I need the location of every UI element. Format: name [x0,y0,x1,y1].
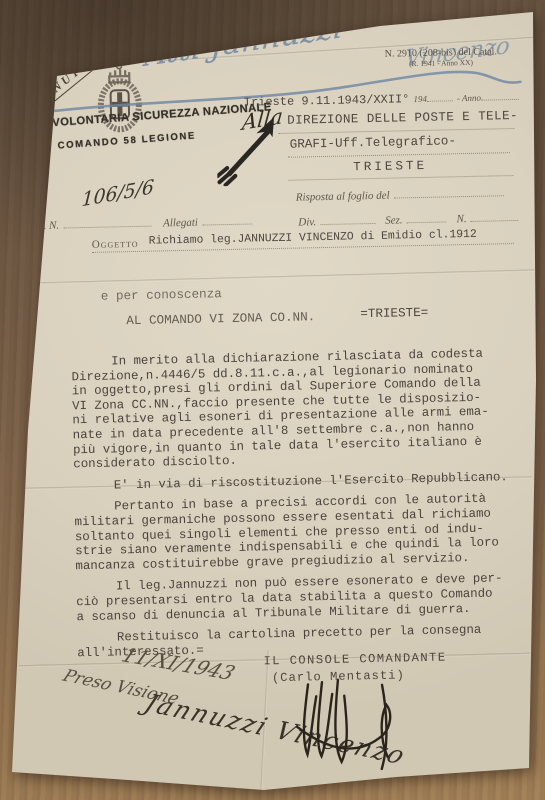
body-paragraph: In merito alla dichiarazione rilasciata … [71,346,518,472]
anno-rule [481,88,519,101]
recipient-line1: DIREZIONE DELLE POSTE E TELE- [287,109,518,128]
recipient-rule3 [288,174,513,181]
top-handwriting-name: Atti Jannuzzi [144,9,343,74]
sez-rule [406,210,446,223]
org-stamp-line2: COMANDO 58 LEGIONE [57,130,196,151]
sez-label: Sez. [385,214,403,226]
cc-line: AL COMANDO VI ZONA CO.NN. [126,310,315,328]
recipient-rule2 [288,151,510,158]
signature-name: (Carlo Mentasti) [272,668,405,685]
recipient-line3: TRIESTE [353,159,427,175]
div-rule [320,212,375,225]
year-rule [427,89,453,102]
prot-rule [63,215,151,229]
catalog-block: N. 2910 (208-bis) del Catal. (R. 1941 - … [371,46,511,69]
oggetto-label: Oggetto [92,238,139,251]
letter-paper: MINUTA Atti Jannuzzi Vincenzo N. 2910 (2… [0,0,545,800]
n-rule [470,209,518,222]
n-label: N. [456,213,466,225]
prot-label: Prot. N. [24,220,59,233]
printed-anno: - Anno [457,93,481,104]
cc-intro: e per conoscenza [101,287,222,304]
prot-number-handwritten: 106/5/6 [81,176,155,212]
printed-year: 194 [413,94,427,104]
body-paragraph: Pertanto in base a precisi accordi con l… [74,491,520,573]
prot-row-left: Prot. N. Allegati [24,212,252,235]
prot-row-right: Div. Sez. N. [298,208,519,231]
recipient-rule1 [278,127,514,134]
date-line: Trieste 9.11.1943/XXII° 194 - Anno [244,87,520,111]
risposta-rule [393,184,503,198]
allegati-label: Allegati [163,217,198,230]
org-stamp-line1: MILIZIA VOLONTARIA SICUREZZA NAZIONALE [6,101,272,132]
letter-content: MINUTA Atti Jannuzzi Vincenzo N. 2910 (2… [0,0,545,800]
recipient-line2: GRAFI-Uff.Telegrafico- [290,134,457,151]
body-text: In merito alla dichiarazione rilasciata … [71,346,522,668]
body-line: E' in via di riscostituzione l'Esercito … [74,470,519,494]
allegati-rule [202,213,252,226]
cc-city: =TRIESTE= [360,306,428,321]
risposta-row: Risposta al foglio del [296,183,504,205]
div-label: Div. [298,216,316,228]
body-paragraph: E' in via di riscostituzione l'Esercito … [74,470,519,494]
photo-of-document: { "scene": { "surface": "wooden-table", … [0,0,545,800]
signature-title: IL CONSOLE COMANDANTE [263,651,446,669]
body-paragraph: Il leg.Jannuzzi non può essere esonerato… [76,571,522,624]
risposta-label: Risposta al foglio del [296,190,390,204]
jannuzzi-signature: Jannuzzi Vincenzo [140,689,411,770]
minuta-stamp: MINUTA [32,57,93,111]
letter-paper-wrap: MINUTA Atti Jannuzzi Vincenzo N. 2910 (2… [0,0,545,800]
